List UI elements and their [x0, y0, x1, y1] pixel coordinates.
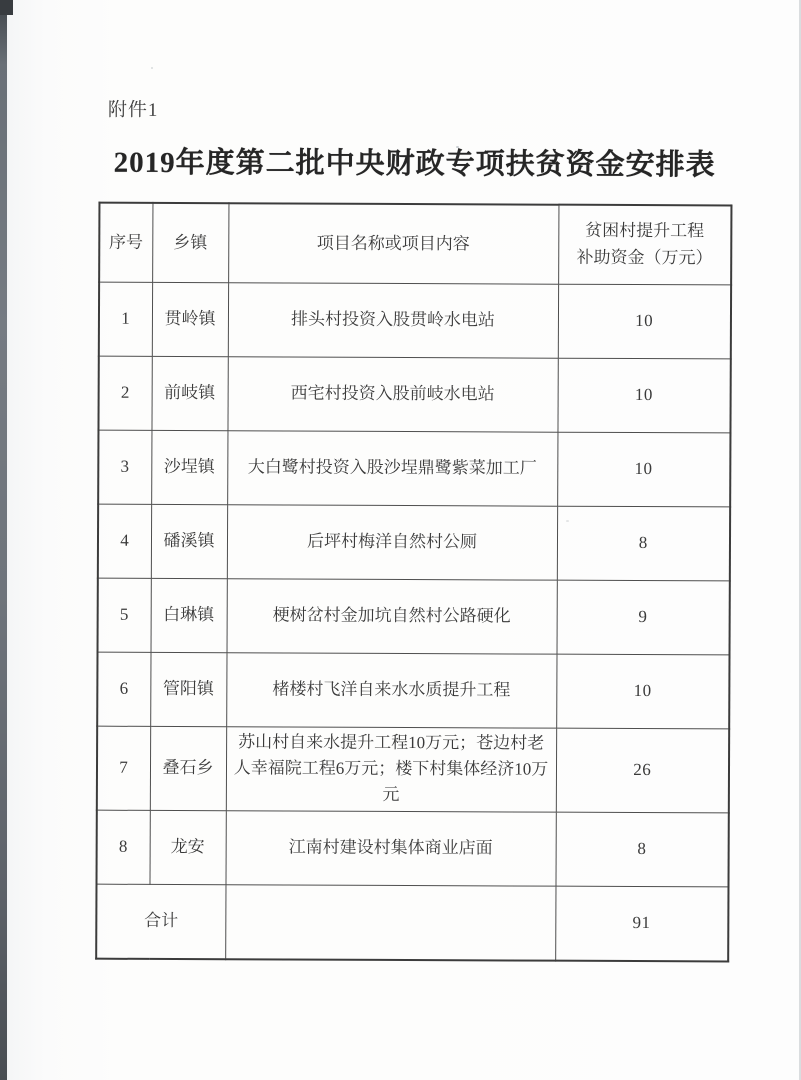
- row-project-cell: 梗树岔村金加坑自然村公路硬化: [227, 578, 557, 653]
- row-township-cell: 贯岭镇: [152, 282, 228, 356]
- row-project-cell: 后坪村梅洋自然村公厕: [227, 504, 557, 579]
- row-project-cell: 大白鹭村投资入股沙埕鼎鹭紫菜加工厂: [227, 430, 557, 505]
- row-fund-cell: 10: [557, 358, 730, 433]
- row-fund-cell: 10: [556, 654, 729, 729]
- table-row: 6 管阳镇 楮楼村飞洋自来水水质提升工程 10: [97, 652, 729, 729]
- row-project-cell: 西宅村投资入股前岐水电站: [227, 356, 557, 431]
- scan-speck: [151, 67, 153, 69]
- table-total-row: 合计 91: [96, 884, 728, 962]
- row-no-cell: 6: [97, 652, 150, 726]
- row-township-cell: 叠石乡: [150, 726, 226, 810]
- header-fund-line1: 贫困村提升工程: [565, 218, 725, 245]
- total-fund-cell: 91: [555, 886, 728, 962]
- row-fund-cell: 8: [557, 506, 730, 581]
- fund-allocation-table: 序号 乡镇 项目名称或项目内容 贫困村提升工程 补助资金（万元） 1 贯岭镇 排…: [95, 202, 732, 963]
- row-township-cell: 沙埕镇: [151, 430, 227, 504]
- table-row: 4 磻溪镇 后坪村梅洋自然村公厕 8: [98, 504, 730, 581]
- row-no-cell: 7: [97, 726, 150, 810]
- row-township-cell: 白琳镇: [151, 578, 227, 652]
- row-township-cell: 管阳镇: [150, 652, 226, 726]
- row-project-cell: 楮楼村飞洋自来水水质提升工程: [226, 652, 556, 727]
- attachment-label: 附件1: [108, 95, 159, 122]
- row-township-cell: 龙安: [149, 810, 225, 884]
- row-no-cell: 3: [98, 430, 151, 504]
- row-no-cell: 5: [98, 578, 151, 652]
- scan-corner-artifact: [0, 0, 13, 15]
- scan-speck: [566, 520, 569, 522]
- row-no-cell: 2: [98, 356, 151, 430]
- header-township: 乡镇: [152, 203, 228, 282]
- row-no-cell: 4: [98, 504, 151, 578]
- table-row: 2 前岐镇 西宅村投资入股前岐水电站 10: [98, 356, 730, 433]
- total-project-cell: [225, 884, 555, 960]
- header-fund: 贫困村提升工程 补助资金（万元）: [558, 205, 731, 285]
- table-row: 7 叠石乡 苏山村自来水提升工程10万元；苍边村老人幸福院工程6万元；楼下村集体…: [97, 726, 729, 813]
- header-project: 项目名称或项目内容: [228, 203, 558, 283]
- row-fund-cell: 9: [557, 580, 730, 655]
- page-title: 2019年度第二批中央财政专项扶贫资金安排表: [99, 140, 731, 184]
- scanned-page: 附件1 2019年度第二批中央财政专项扶贫资金安排表 序号 乡镇 项目名称或项目…: [0, 0, 801, 1080]
- row-fund-cell: 8: [555, 812, 728, 887]
- table-row: 3 沙埕镇 大白鹭村投资入股沙埕鼎鹭紫菜加工厂 10: [98, 430, 730, 507]
- row-township-cell: 磻溪镇: [151, 504, 227, 578]
- table-row: 5 白琳镇 梗树岔村金加坑自然村公路硬化 9: [98, 578, 730, 655]
- row-no-cell: 1: [99, 282, 152, 356]
- table-row: 1 贯岭镇 排头村投资入股贯岭水电站 10: [99, 282, 731, 359]
- row-township-cell: 前岐镇: [151, 356, 227, 430]
- row-project-cell: 排头村投资入股贯岭水电站: [228, 282, 558, 357]
- scan-speck: [456, 146, 459, 148]
- total-label-cell: 合计: [96, 884, 225, 960]
- header-fund-line2: 补助资金（万元）: [565, 244, 725, 271]
- row-project-cell: 苏山村自来水提升工程10万元；苍边村老人幸福院工程6万元；楼下村集体经济10万元: [226, 726, 556, 811]
- document-content: 附件1 2019年度第二批中央财政专项扶贫资金安排表 序号 乡镇 项目名称或项目…: [0, 0, 801, 1080]
- scan-edge-artifact-left: [0, 0, 7, 1080]
- row-no-cell: 8: [96, 810, 149, 884]
- row-fund-cell: 26: [556, 728, 729, 813]
- row-project-cell: 江南村建设村集体商业店面: [225, 810, 555, 885]
- row-fund-cell: 10: [558, 284, 731, 359]
- header-no: 序号: [99, 203, 152, 282]
- table-header-row: 序号 乡镇 项目名称或项目内容 贫困村提升工程 补助资金（万元）: [99, 203, 731, 285]
- table-row: 8 龙安 江南村建设村集体商业店面 8: [96, 810, 728, 887]
- row-fund-cell: 10: [557, 432, 730, 507]
